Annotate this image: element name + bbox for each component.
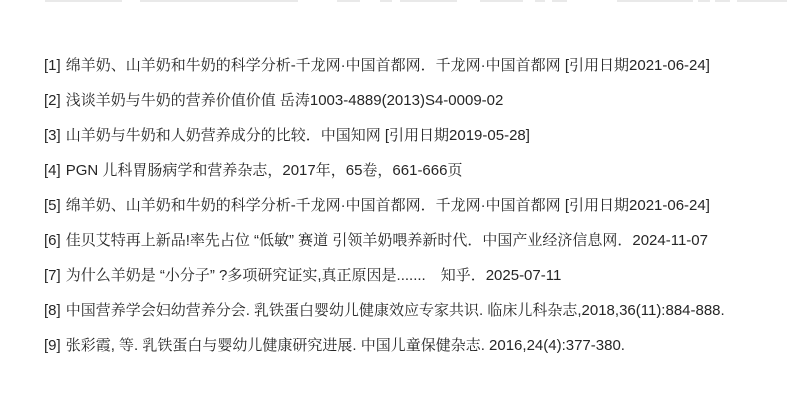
reference-item: [9]张彩霞, 等. 乳铁蛋白与婴幼儿健康研究进展. 中国儿童保健杂志. 201… [44, 328, 790, 363]
reference-number: [3] [44, 127, 61, 144]
reference-item: [5]绵羊奶、山羊奶和牛奶的科学分析-千龙网·中国首都网．千龙网·中国首都网 [… [44, 188, 790, 223]
reference-number: [5] [44, 197, 61, 214]
reference-text: 张彩霞, 等. 乳铁蛋白与婴幼儿健康研究进展. 中国儿童保健杂志. 2016,2… [66, 337, 625, 354]
reference-number: [9] [44, 337, 61, 354]
reference-item: [2]浅谈羊奶与牛奶的营养价值价值 岳涛1003-4889(2013)S4-00… [44, 83, 790, 118]
reference-text: PGN 儿科胃肠病学和营养杂志，2017年，65卷，661-666页 [66, 162, 463, 179]
reference-text: 浅谈羊奶与牛奶的营养价值价值 岳涛1003-4889(2013)S4-0009-… [66, 92, 504, 109]
reference-item: [6]佳贝艾特再上新品!率先占位 “低敏” 赛道 引领羊奶喂养新时代．中国产业经… [44, 223, 790, 258]
reference-number: [7] [44, 267, 61, 284]
reference-number: [6] [44, 232, 61, 249]
reference-text: 绵羊奶、山羊奶和牛奶的科学分析-千龙网·中国首都网．千龙网·中国首都网 [引用日… [66, 197, 710, 214]
reference-item: [8]中国营养学会妇幼营养分会. 乳铁蛋白婴幼儿健康效应专家共识. 临床儿科杂志… [44, 293, 790, 328]
reference-list: [1]绵羊奶、山羊奶和牛奶的科学分析-千龙网·中国首都网．千龙网·中国首都网 [… [44, 48, 790, 363]
reference-text: 绵羊奶、山羊奶和牛奶的科学分析-千龙网·中国首都网．千龙网·中国首都网 [引用日… [66, 57, 710, 74]
reference-number: [4] [44, 162, 61, 179]
reference-item: [7]为什么羊奶是 “小分子” ?多项研究证实,真正原因是....... 知乎．… [44, 258, 790, 293]
reference-number: [8] [44, 302, 61, 319]
reference-item: [3]山羊奶与牛奶和人奶营养成分的比较．中国知网 [引用日期2019-05-28… [44, 118, 790, 153]
reference-text: 山羊奶与牛奶和人奶营养成分的比较．中国知网 [引用日期2019-05-28] [66, 127, 530, 144]
references-page: [1]绵羊奶、山羊奶和牛奶的科学分析-千龙网·中国首都网．千龙网·中国首都网 [… [0, 0, 790, 395]
reference-text: 中国营养学会妇幼营养分会. 乳铁蛋白婴幼儿健康效应专家共识. 临床儿科杂志,20… [66, 302, 725, 319]
reference-item: [1]绵羊奶、山羊奶和牛奶的科学分析-千龙网·中国首都网．千龙网·中国首都网 [… [44, 48, 790, 83]
reference-number: [1] [44, 57, 61, 74]
clipped-text-remnant [0, 0, 790, 3]
reference-number: [2] [44, 92, 61, 109]
reference-item: [4]PGN 儿科胃肠病学和营养杂志，2017年，65卷，661-666页 [44, 153, 790, 188]
reference-text: 佳贝艾特再上新品!率先占位 “低敏” 赛道 引领羊奶喂养新时代．中国产业经济信息… [66, 232, 708, 249]
reference-text: 为什么羊奶是 “小分子” ?多项研究证实,真正原因是....... 知乎．202… [66, 267, 562, 284]
